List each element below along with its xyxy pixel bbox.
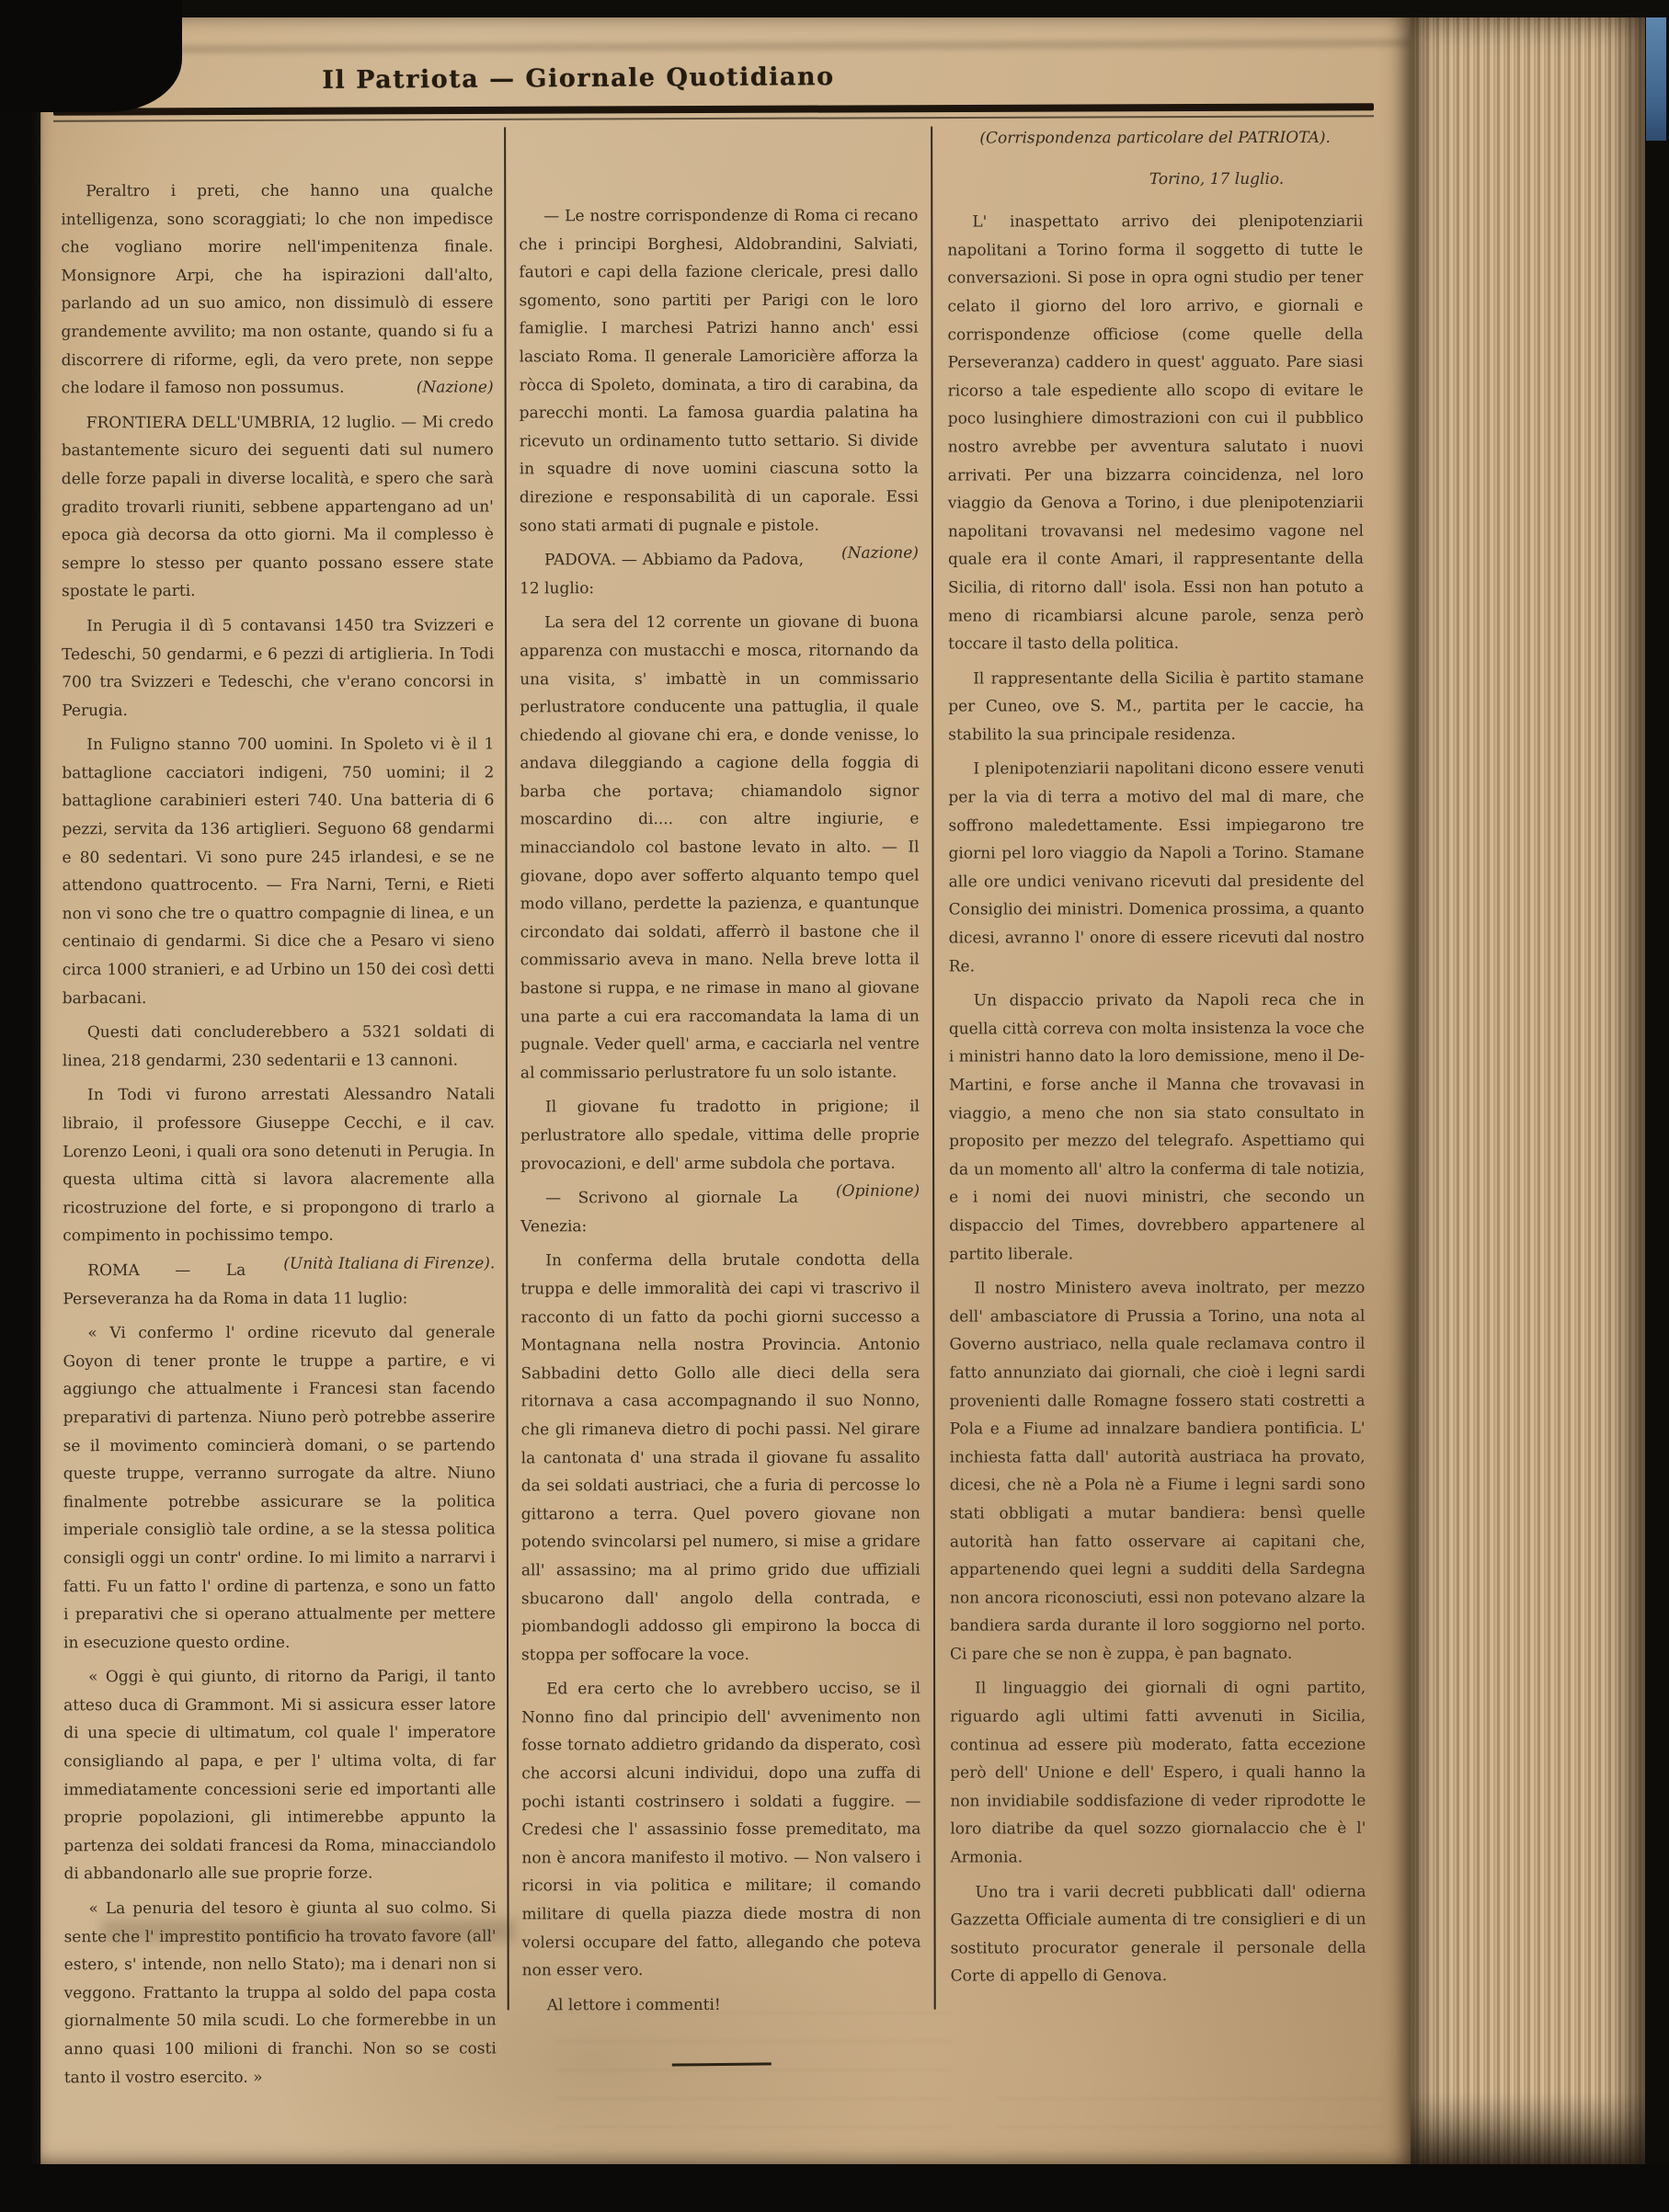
paragraph-text: In Todi vi furono arrestati Alessandro N… (63, 1086, 495, 1246)
scan-bed-bottom-edge (0, 2164, 1669, 2212)
paragraph: « Oggi è qui giunto, di ritorno da Parig… (63, 1663, 496, 1889)
scan-bed-right-edge (1645, 0, 1669, 2212)
column-right: (Corrispondenza particolare del PATRIOTA… (932, 124, 1374, 2097)
article-end-divider (672, 2063, 772, 2067)
paragraph: Il giovane fu tradotto in prigione; il p… (520, 1093, 920, 1179)
paragraph-text: L' inaspettato arrivo dei plenipotenziar… (947, 212, 1364, 654)
book-page-edges (1411, 7, 1648, 2168)
dateline: Torino, 17 luglio. (947, 165, 1363, 193)
column-left: Peraltro i preti, che hanno una qualche … (57, 125, 508, 2098)
masthead-rule-thin (53, 115, 1374, 122)
paragraph-text: — Le nostre corrispondenze di Roma ci re… (519, 207, 919, 535)
paragraph-text: Il giovane fu tradotto in prigione; il p… (520, 1098, 920, 1173)
paragraph: Il nostro Ministero aveva inoltrato, per… (949, 1274, 1366, 1669)
scan-bed-top-edge (0, 0, 1669, 17)
paragraph-text: La sera del 12 corrente un giovane di bu… (520, 613, 920, 1082)
paragraph: Il linguaggio dei giornali di ogni parti… (950, 1674, 1366, 1872)
source-citation: (Nazione) (804, 540, 919, 568)
paragraph-text: « Oggi è qui giunto, di ritorno da Parig… (63, 1668, 496, 1884)
scan-bed-corner-shadow (0, 0, 182, 112)
paragraph-text: In Perugia il dì 5 contavansi 1450 tra S… (62, 616, 494, 720)
ink-smudge (101, 1920, 515, 1942)
paragraph-text: Ed era certo che lo avrebbero ucciso, se… (521, 1680, 920, 1980)
paragraph: FRONTIERA DELL'UMBRIA, 12 luglio. — Mi c… (62, 408, 494, 606)
paragraph: Ed era certo che lo avrebbero ucciso, se… (521, 1675, 921, 1985)
paragraph: L' inaspettato arrivo dei plenipotenziar… (947, 208, 1364, 658)
paragraph-text: Uno tra i varii decreti pubblicati dall'… (951, 1882, 1366, 1986)
paragraph: In Perugia il dì 5 contavansi 1450 tra S… (62, 611, 494, 724)
paragraph-text: Il rappresentante della Sicilia è partit… (948, 668, 1364, 744)
paragraph: Al lettore i commenti! (522, 1990, 921, 2019)
scan-bed-left-edge (0, 0, 42, 2212)
paragraph-text: PADOVA. — Abbiamo da Padova, 12 luglio: (520, 551, 804, 598)
paragraph: In Fuligno stanno 700 uomini. In Spoleto… (62, 731, 495, 1013)
paragraph: Questi dati concluderebbero a 5321 solda… (63, 1019, 495, 1076)
masthead-rule-thick (53, 103, 1374, 116)
paragraph: Peraltro i preti, che hanno una qualche … (61, 177, 493, 403)
correspondence-heading: (Corrispondenza particolare del PATRIOTA… (947, 124, 1363, 153)
paragraph: Il rappresentante della Sicilia è partit… (948, 664, 1364, 749)
paragraph: I plenipotenziarii napolitani dicono ess… (948, 755, 1364, 981)
source-citation: (Unità Italiana di Firenze). (246, 1249, 495, 1278)
paragraph-text: Al lettore i commenti! (547, 1996, 721, 2014)
paragraph-text: In Fuligno stanno 700 uomini. In Spoleto… (62, 735, 494, 1008)
paragraph-text: — Scrivono al giornale La Venezia: (520, 1189, 798, 1236)
paragraph-text: Il nostro Ministero aveva inoltrato, per… (949, 1279, 1366, 1664)
paragraph-text: In conferma della brutale condotta della… (520, 1251, 920, 1664)
paragraph-text: FRONTIERA DELL'UMBRIA, 12 luglio. — Mi c… (62, 413, 494, 600)
paper-scuff-mark (40, 39, 1411, 54)
source-citation: (Opinione) (798, 1178, 920, 1206)
book-cover-edge (1646, 17, 1666, 141)
paragraph: In Todi vi furono arrestati Alessandro N… (63, 1081, 495, 1250)
paragraph: Uno tra i varii decreti pubblicati dall'… (950, 1877, 1366, 1990)
paragraph-text: Il linguaggio dei giornali di ogni parti… (950, 1679, 1366, 1866)
newspaper-page: Il Patriota — Giornale Quotidiano Peralt… (40, 15, 1411, 2168)
paragraph: Un dispaccio privato da Napoli reca che … (949, 986, 1366, 1269)
paragraph: In conferma della brutale condotta della… (520, 1247, 920, 1670)
paragraph: « Vi confermo l' ordine ricevuto dal gen… (63, 1319, 496, 1658)
paragraph-text: « Vi confermo l' ordine ricevuto dal gen… (63, 1324, 496, 1652)
column-center: — Le nostre corrispondenze di Roma ci re… (506, 125, 934, 2098)
article-columns: Peraltro i preti, che hanno una qualche … (57, 124, 1374, 2099)
paragraph: La sera del 12 corrente un giovane di bu… (520, 609, 920, 1088)
paragraph-text: Questi dati concluderebbero a 5321 solda… (63, 1023, 495, 1070)
masthead-title: Il Patriota — Giornale Quotidiano (40, 61, 1116, 97)
paragraph-text: Un dispaccio privato da Napoli reca che … (949, 991, 1365, 1263)
paragraph-text: I plenipotenziarii napolitani dicono ess… (948, 759, 1364, 975)
paragraph-text: Peraltro i preti, che hanno una qualche … (61, 181, 493, 397)
paragraph: — Le nostre corrispondenze di Roma ci re… (519, 202, 919, 541)
source-citation: (Nazione) (379, 374, 494, 403)
